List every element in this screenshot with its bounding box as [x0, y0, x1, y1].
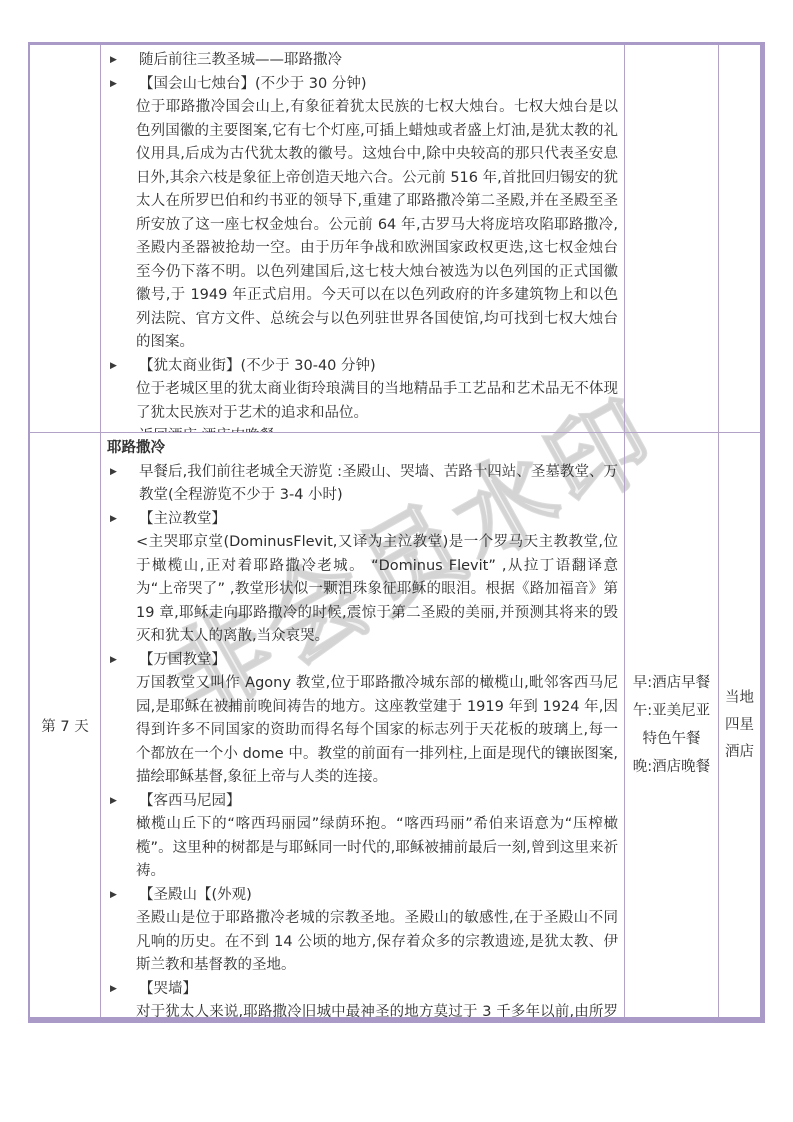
- itinerary-item-text: 【犹太商业街】(不少于 30-40 分钟): [139, 355, 618, 379]
- bullet-icon: ▶: [107, 508, 139, 532]
- itinerary-item-text: 早餐后,我们前往老城全天游览 :圣殿山、哭墙、苦路十四站、圣墓教堂、万教堂(全程…: [139, 461, 618, 508]
- hotel-cell: 当地四星酒店: [719, 433, 760, 1017]
- itinerary-item: ▶早餐后,我们前往老城全天游览 :圣殿山、哭墙、苦路十四站、圣墓教堂、万教堂(全…: [107, 461, 618, 508]
- hotel-cell: [719, 45, 760, 432]
- hotel-block: 当地四星酒店: [725, 685, 754, 766]
- bullet-icon: ▶: [107, 73, 139, 97]
- hotel-line: 当地: [725, 685, 754, 712]
- itinerary-item-text: 【主泣教堂】: [139, 508, 618, 532]
- itinerary-item: ▶【主泣教堂】: [107, 508, 618, 532]
- bullet-icon: ▶: [107, 978, 139, 1002]
- itinerary-table: ▶随后前往三教圣城——耶路撒冷▶【国会山七烛台】(不少于 30 分钟)位于耶路撒…: [28, 42, 765, 1023]
- hotel-line: 四星: [725, 712, 754, 739]
- day-cell: 第 7 天: [30, 433, 101, 1017]
- itinerary-item-text: 【圣殿山【(外观): [139, 884, 618, 908]
- itinerary-paragraph: 橄榄山丘下的“喀西玛丽园”绿荫环抱。“喀西玛丽”希伯来语意为“压榨橄榄”。这里种…: [136, 813, 618, 884]
- itinerary-paragraph: 对于犹太人来说,耶路撒冷旧城中最神圣的地方莫过于 3 千多年以前,由所罗门所建造…: [136, 1001, 618, 1017]
- itinerary-cell: ▶随后前往三教圣城——耶路撒冷▶【国会山七烛台】(不少于 30 分钟)位于耶路撒…: [101, 45, 625, 432]
- itinerary-item-text: 返回酒店,酒店内晚餐。: [139, 425, 618, 432]
- bullet-icon: ▶: [107, 355, 139, 379]
- meal-line: 特色午餐: [633, 725, 710, 753]
- itinerary-item: ▶【犹太商业街】(不少于 30-40 分钟): [107, 355, 618, 379]
- itinerary-cell: 耶路撒冷▶早餐后,我们前往老城全天游览 :圣殿山、哭墙、苦路十四站、圣墓教堂、万…: [101, 433, 625, 1017]
- itinerary-item-text: 【客西马尼园】: [139, 790, 618, 814]
- meal-line: 晚:酒店晚餐: [633, 753, 710, 781]
- itinerary-item-text: 随后前往三教圣城——耶路撒冷: [139, 49, 618, 73]
- itinerary-item-text: 【万国教堂】: [139, 649, 618, 673]
- day-label: 第 7 天: [41, 715, 88, 736]
- itinerary-paragraph: 圣殿山是位于耶路撒冷老城的宗教圣地。圣殿山的敏感性,在于圣殿山不同凡响的历史。在…: [136, 907, 618, 978]
- itinerary-paragraph: 位于老城区里的犹太商业街玲琅满目的当地精品手工艺品和艺术品无不体现了犹太民族对于…: [136, 378, 618, 425]
- itinerary-paragraph: 万国教堂又叫作 Agony 教堂,位于耶路撒冷城东部的橄榄山,毗邻客西马尼园,是…: [136, 672, 618, 790]
- itinerary-item-text: 【国会山七烛台】(不少于 30 分钟): [139, 73, 618, 97]
- table-row: 第 7 天 耶路撒冷▶早餐后,我们前往老城全天游览 :圣殿山、哭墙、苦路十四站、…: [30, 433, 760, 1017]
- bullet-icon: ▶: [107, 49, 139, 73]
- destination-title: 耶路撒冷: [107, 437, 618, 461]
- meals-cell: 早:酒店早餐午:亚美尼亚特色午餐晚:酒店晚餐: [625, 433, 719, 1017]
- meal-line: 早:酒店早餐: [633, 669, 710, 697]
- itinerary-paragraph: <主哭耶京堂(DominusFlevit,又译为主泣教堂)是一个罗马天主教教堂,…: [136, 531, 618, 649]
- itinerary-item: ▶【国会山七烛台】(不少于 30 分钟): [107, 73, 618, 97]
- itinerary-item-text: 【哭墙】: [139, 978, 618, 1002]
- document-page: 非会员水印 ▶随后前往三教圣城——耶路撒冷▶【国会山七烛台】(不少于 30 分钟…: [0, 0, 793, 1122]
- meal-line: 午:亚美尼亚: [633, 697, 710, 725]
- itinerary-item: ▶随后前往三教圣城——耶路撒冷: [107, 49, 618, 73]
- bullet-icon: ▶: [107, 790, 139, 814]
- bullet-icon: ▶: [107, 425, 139, 432]
- itinerary-item: ▶【万国教堂】: [107, 649, 618, 673]
- hotel-line: 酒店: [725, 739, 754, 766]
- bullet-icon: ▶: [107, 649, 139, 673]
- itinerary-item: ▶【哭墙】: [107, 978, 618, 1002]
- bullet-icon: ▶: [107, 884, 139, 908]
- itinerary-item: ▶返回酒店,酒店内晚餐。: [107, 425, 618, 432]
- itinerary-paragraph: 位于耶路撒冷国会山上,有象征着犹太民族的七权大烛台。七权大烛台是以色列国徽的主要…: [136, 96, 618, 355]
- bullet-icon: ▶: [107, 461, 139, 508]
- itinerary-item: ▶【圣殿山【(外观): [107, 884, 618, 908]
- day-cell: [30, 45, 101, 432]
- table-row: ▶随后前往三教圣城——耶路撒冷▶【国会山七烛台】(不少于 30 分钟)位于耶路撒…: [30, 45, 760, 433]
- itinerary-item: ▶【客西马尼园】: [107, 790, 618, 814]
- meals-cell: [625, 45, 719, 432]
- meals-block: 早:酒店早餐午:亚美尼亚特色午餐晚:酒店晚餐: [633, 669, 710, 781]
